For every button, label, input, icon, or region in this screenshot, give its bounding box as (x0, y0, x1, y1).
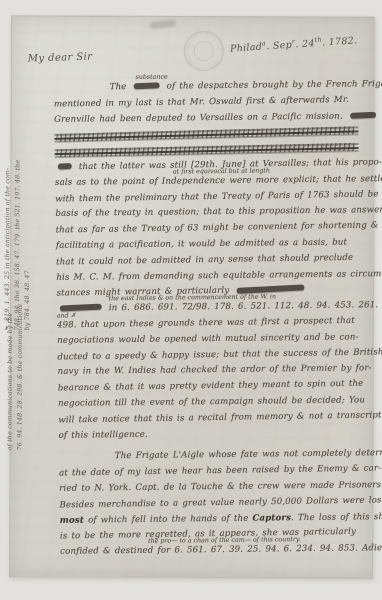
salutation: My dear Sir (28, 52, 93, 65)
interlined-correction: substance (136, 74, 168, 82)
date-line: Philada. Sepr. 24th. 1782. (230, 33, 358, 55)
interlined-correction: the east Indies & on the commencement of… (109, 293, 276, 303)
overwritten-word: most (60, 515, 84, 525)
letter-body: The of the despatches brought by the Fre… (54, 77, 369, 561)
manuscript-line: confided & destined for 6. 561. 67. 39. … (60, 541, 368, 560)
manuscript-scan: Philada. Sepr. 24th. 1782. My dear Sir T… (0, 0, 382, 600)
date-part: . 1782. (322, 35, 358, 48)
interlined-correction: at first equivocal but at length (173, 167, 270, 176)
margin-note-line: by 784. 48. 48. 47. (23, 92, 33, 330)
date-part: . 24 (295, 38, 315, 50)
manuscript-line: of this intelligence. (58, 425, 366, 444)
ink-blot-strikeout (133, 82, 159, 89)
margin-note-line: 76. 94. 148. 28. 298. & the communicatio… (15, 282, 25, 450)
ink-blot-strikeout (60, 304, 102, 312)
margin-note-line: of the communications to be made by the (5, 282, 15, 450)
margin-note-line: ✗ 819. 1. 443. 25 in the anticipation of… (3, 92, 13, 330)
ink-blot-strikeout (350, 111, 376, 118)
margin-cipher-notes-lower: of the communications to be made by the7… (5, 282, 25, 450)
ink-blot-strikeout (58, 163, 72, 170)
interlined-correction: the pro— to a chan of the cam— of this c… (148, 536, 301, 546)
date-part: . Sep (266, 40, 292, 53)
interlined-correction: and ✗ (57, 312, 76, 320)
margin-note-line: 748. 94. the 36. 158. 47. 179. the 521. … (13, 92, 23, 330)
date-part: Philad (230, 42, 263, 55)
overwritten-word: Captors (252, 513, 291, 523)
embossed-seal (184, 31, 224, 71)
margin-cipher-notes-upper: ✗ 819. 1. 443. 25 in the anticipation of… (3, 92, 33, 330)
manuscript-page: Philada. Sepr. 24th. 1782. My dear Sir T… (9, 15, 375, 578)
pencil-smudge (150, 20, 177, 30)
